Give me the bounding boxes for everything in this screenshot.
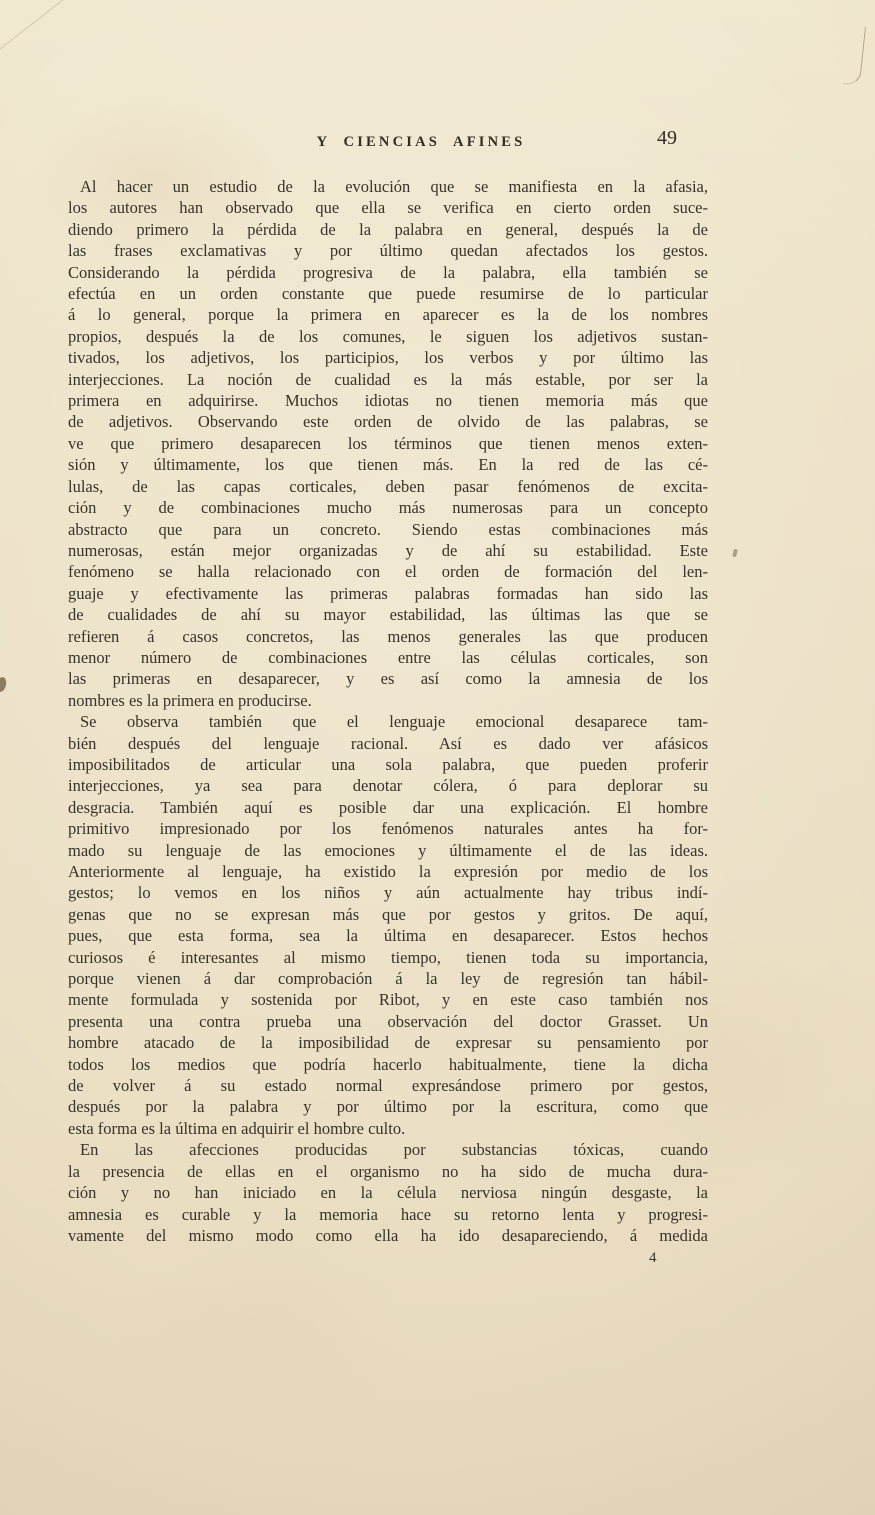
- text-line: á lo general, porque la primera en apare…: [68, 304, 708, 325]
- text-line: nombres es la primera en producirse.: [68, 690, 708, 711]
- text-line: amnesia es curable y la memoria hace su …: [68, 1204, 708, 1225]
- text-line: ve que primero desaparecen los términos …: [68, 433, 708, 454]
- text-line: menor número de combinaciones entre las …: [68, 647, 708, 668]
- text-line: las frases exclamativas y por último que…: [68, 240, 708, 261]
- text-line: Anteriormente al lenguaje, ha existido l…: [68, 861, 708, 882]
- text-line: presenta una contra prueba una observaci…: [68, 1011, 708, 1032]
- paragraph: Se observa también que el lenguaje emoci…: [68, 711, 708, 1139]
- text-line: Considerando la pérdida progresiva de la…: [68, 262, 708, 283]
- text-line: lulas, de las capas corticales, deben pa…: [68, 476, 708, 497]
- text-line: ción y no han iniciado en la célula nerv…: [68, 1182, 708, 1203]
- text-line: desgracia. También aquí es posible dar u…: [68, 797, 708, 818]
- text-line: primitivo impresionado por los fenómenos…: [68, 818, 708, 839]
- text-line: En las afecciones producidas por substan…: [68, 1139, 708, 1160]
- text-line: esta forma es la última en adquirir el h…: [68, 1118, 708, 1139]
- text-line: interjecciones. La noción de cualidad es…: [68, 369, 708, 390]
- text-line: las primeras en desaparecer, y es así co…: [68, 668, 708, 689]
- text-line: Al hacer un estudio de la evolución que …: [68, 176, 708, 197]
- text-line: después por la palabra y por último por …: [68, 1096, 708, 1117]
- text-line: sión y últimamente, los que tienen más. …: [68, 454, 708, 475]
- text-line: mente formulada y sostenida por Ribot, y…: [68, 989, 708, 1010]
- text-line: propios, después la de los comunes, le s…: [68, 326, 708, 347]
- scan-hair-artifact: [843, 25, 866, 85]
- text-line: de volver á su estado normal expresándos…: [68, 1075, 708, 1096]
- paper-speck: [0, 676, 7, 693]
- text-line: gestos; lo vemos en los niños y aún actu…: [68, 882, 708, 903]
- text-line: todos los medios que podría hacerlo habi…: [68, 1054, 708, 1075]
- text-line: genas que no se expresan más que por ges…: [68, 904, 708, 925]
- text-line: de cualidades de ahí su mayor estabilida…: [68, 604, 708, 625]
- running-title: Y CIENCIAS AFINES: [317, 134, 526, 151]
- text-line: porque vienen á dar comprobación á la le…: [68, 968, 708, 989]
- paragraph: Al hacer un estudio de la evolución que …: [68, 176, 708, 711]
- text-line: guaje y efectivamente las primeras palab…: [68, 583, 708, 604]
- scanned-book-page: Y CIENCIAS AFINES 49 Al hacer un estudio…: [0, 0, 875, 1515]
- signature-mark: 4: [649, 1250, 657, 1267]
- text-line: pues, que esta forma, sea la última en d…: [68, 925, 708, 946]
- text-line: la presencia de ellas en el organismo no…: [68, 1161, 708, 1182]
- body-text-block: Al hacer un estudio de la evolución que …: [68, 176, 708, 1246]
- text-line: tivados, los adjetivos, los participios,…: [68, 347, 708, 368]
- text-line: vamente del mismo modo como ella ha ido …: [68, 1225, 708, 1246]
- text-line: interjecciones, ya sea para denotar cóle…: [68, 775, 708, 796]
- text-line: Se observa también que el lenguaje emoci…: [68, 711, 708, 732]
- text-line: curiosos é interesantes al mismo tiempo,…: [68, 947, 708, 968]
- text-line: ción y de combinaciones mucho más numero…: [68, 497, 708, 518]
- text-line: hombre atacado de la imposibilidad de ex…: [68, 1032, 708, 1053]
- text-line: efectúa en un orden constante que puede …: [68, 283, 708, 304]
- text-line: de adjetivos. Observando este orden de o…: [68, 411, 708, 432]
- stray-ink-mark: [732, 549, 738, 558]
- text-line: mado su lenguaje de las emociones y últi…: [68, 840, 708, 861]
- text-line: primera en adquirirse. Muchos idiotas no…: [68, 390, 708, 411]
- text-line: numerosas, están mejor organizadas y de …: [68, 540, 708, 561]
- text-line: fenómeno se halla relacionado con el ord…: [68, 561, 708, 582]
- text-line: diendo primero la pérdida de la palabra …: [68, 219, 708, 240]
- paper-crease: [0, 0, 68, 52]
- text-line: abstracto que para un concreto. Siendo e…: [68, 519, 708, 540]
- page-number: 49: [657, 127, 677, 150]
- text-line: los autores han observado que ella se ve…: [68, 197, 708, 218]
- text-line: imposibilitados de articular una sola pa…: [68, 754, 708, 775]
- text-line: refieren á casos concretos, las menos ge…: [68, 626, 708, 647]
- paragraph: En las afecciones producidas por substan…: [68, 1139, 708, 1246]
- text-line: bién después del lenguaje racional. Así …: [68, 733, 708, 754]
